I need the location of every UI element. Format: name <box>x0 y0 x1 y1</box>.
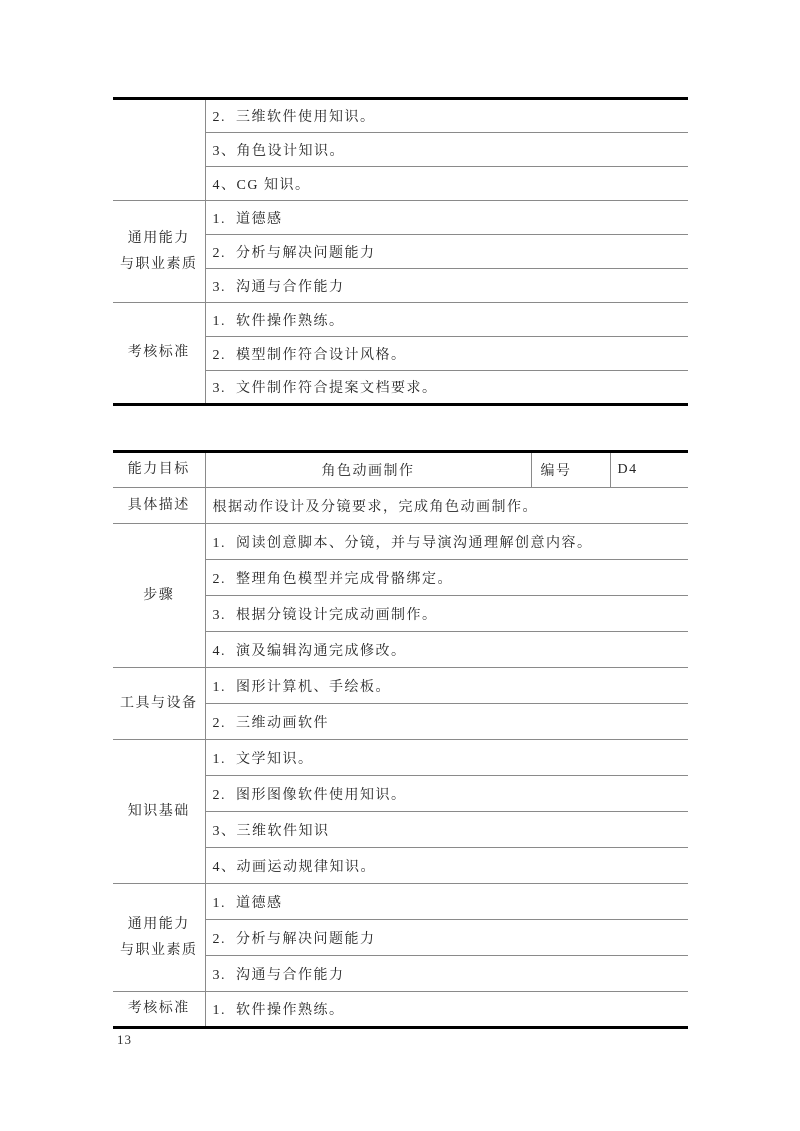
row-group-label-assessment: 考核标准 <box>113 992 205 1028</box>
tool-item: 2. 三维动画软件 <box>205 704 688 740</box>
assessment-item: 2. 模型制作符合设计风格。 <box>205 337 688 371</box>
description-label: 具体描述 <box>113 488 205 524</box>
general-ability-item: 1. 道德感 <box>205 884 688 920</box>
code-label: 编号 <box>531 452 610 488</box>
table-row: 工具与设备 1. 图形计算机、手绘板。 <box>113 668 688 704</box>
assessment-item: 3. 文件制作符合提案文档要求。 <box>205 371 688 405</box>
table-row: 通用能力 与职业素质 1. 道德感 <box>113 201 688 235</box>
general-ability-item: 3. 沟通与合作能力 <box>205 956 688 992</box>
assessment-item: 1. 软件操作熟练。 <box>205 992 688 1028</box>
row-group-label-assessment: 考核标准 <box>113 303 205 405</box>
description-text: 根据动作设计及分镜要求，完成角色动画制作。 <box>205 488 688 524</box>
knowledge-item: 3、三维软件知识 <box>205 812 688 848</box>
document-page: 2. 三维软件使用知识。 3、角色设计知识。 4、CG 知识。 通用能力 与职业… <box>0 0 800 1131</box>
knowledge-item: 4、CG 知识。 <box>205 167 688 201</box>
row-group-label-tools: 工具与设备 <box>113 668 205 740</box>
knowledge-item: 4、动画运动规律知识。 <box>205 848 688 884</box>
general-ability-item: 2. 分析与解决问题能力 <box>205 920 688 956</box>
table-row: 考核标准 1. 软件操作熟练。 <box>113 992 688 1028</box>
general-ability-item: 1. 道德感 <box>205 201 688 235</box>
ability-goal-label: 能力目标 <box>113 452 205 488</box>
row-group-label-steps: 步骤 <box>113 524 205 668</box>
step-item: 2. 整理角色模型并完成骨骼绑定。 <box>205 560 688 596</box>
table-row: 步骤 1. 阅读创意脚本、分镜，并与导演沟通理解创意内容。 <box>113 524 688 560</box>
code-value: D4 <box>610 452 688 488</box>
step-item: 4. 演及编辑沟通完成修改。 <box>205 632 688 668</box>
knowledge-item: 1. 文学知识。 <box>205 740 688 776</box>
general-ability-item: 3. 沟通与合作能力 <box>205 269 688 303</box>
competency-table-continued: 2. 三维软件使用知识。 3、角色设计知识。 4、CG 知识。 通用能力 与职业… <box>113 97 688 406</box>
tool-item: 1. 图形计算机、手绘板。 <box>205 668 688 704</box>
row-group-label-knowledge: 知识基础 <box>113 740 205 884</box>
table-row: 知识基础 1. 文学知识。 <box>113 740 688 776</box>
table-row: 通用能力 与职业素质 1. 道德感 <box>113 884 688 920</box>
row-group-label-general-ability: 通用能力 与职业素质 <box>113 884 205 992</box>
table-row: 2. 三维软件使用知识。 <box>113 99 688 133</box>
page-number: 13 <box>117 1032 132 1048</box>
table-row: 考核标准 1. 软件操作熟练。 <box>113 303 688 337</box>
table-row: 具体描述 根据动作设计及分镜要求，完成角色动画制作。 <box>113 488 688 524</box>
assessment-item: 1. 软件操作熟练。 <box>205 303 688 337</box>
table-row: 能力目标 角色动画制作 编号 D4 <box>113 452 688 488</box>
row-group-label-empty <box>113 99 205 201</box>
knowledge-item: 3、角色设计知识。 <box>205 133 688 167</box>
competency-table-d4: 能力目标 角色动画制作 编号 D4 具体描述 根据动作设计及分镜要求，完成角色动… <box>113 450 688 1029</box>
knowledge-item: 2. 图形图像软件使用知识。 <box>205 776 688 812</box>
general-ability-item: 2. 分析与解决问题能力 <box>205 235 688 269</box>
knowledge-item: 2. 三维软件使用知识。 <box>205 99 688 133</box>
step-item: 1. 阅读创意脚本、分镜，并与导演沟通理解创意内容。 <box>205 524 688 560</box>
step-item: 3. 根据分镜设计完成动画制作。 <box>205 596 688 632</box>
ability-goal-title: 角色动画制作 <box>205 452 531 488</box>
row-group-label-general-ability: 通用能力 与职业素质 <box>113 201 205 303</box>
